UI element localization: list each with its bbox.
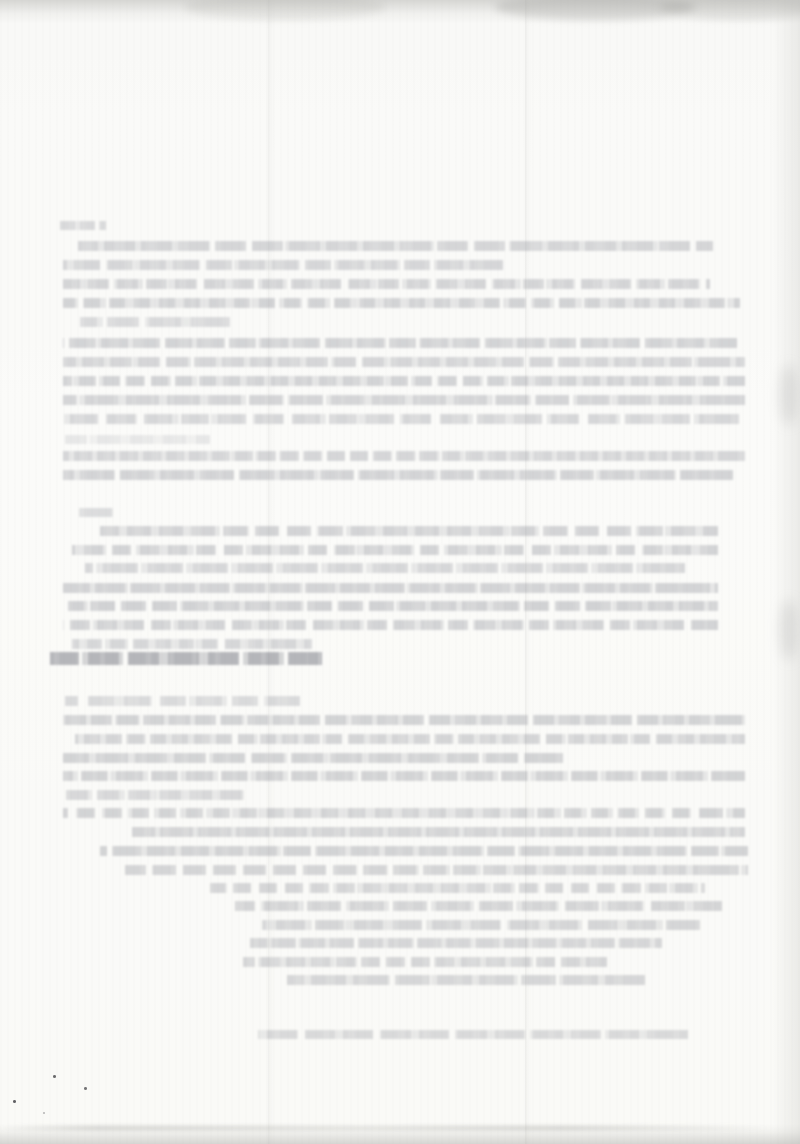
text-line [75, 734, 745, 744]
text-line [63, 620, 718, 630]
text-line [63, 414, 741, 424]
text-line [60, 221, 106, 230]
text-line [210, 883, 705, 893]
scanned-document-page [0, 0, 800, 1144]
text-line [63, 338, 737, 348]
ink-speck [13, 1100, 16, 1103]
text-line [63, 260, 503, 270]
text-line [100, 526, 718, 536]
text-line [250, 938, 662, 948]
text-line [77, 508, 117, 517]
text-line [262, 920, 700, 930]
text-line [243, 957, 607, 967]
text-line [65, 696, 300, 706]
text-line [72, 545, 718, 555]
text-line [63, 279, 710, 289]
ink-speck [43, 1112, 45, 1114]
text-line [72, 639, 312, 649]
text-line [63, 298, 740, 308]
text-line [63, 451, 745, 461]
text-line [287, 975, 645, 985]
text-line [68, 601, 718, 611]
right-edge-smudge [780, 600, 798, 660]
text-line [235, 901, 722, 911]
text-line [63, 715, 745, 725]
text-line [65, 435, 210, 444]
text-line [132, 827, 745, 837]
text-line [63, 376, 745, 386]
text-line [63, 808, 745, 818]
text-line [63, 753, 563, 763]
ink-speck [84, 1087, 87, 1090]
text-line [63, 771, 745, 781]
text-line [63, 357, 745, 367]
text-line [63, 790, 248, 800]
scan-edge-right [772, 0, 800, 1144]
text-line [125, 865, 748, 875]
text-line [63, 583, 718, 593]
heading-line [50, 652, 322, 665]
ink-speck [53, 1075, 56, 1078]
text-line [63, 395, 745, 405]
text-line [85, 563, 685, 573]
text-line [63, 470, 733, 480]
text-line [258, 1030, 688, 1039]
text-line [80, 317, 230, 327]
text-line [78, 241, 713, 251]
text-line [100, 846, 748, 856]
right-edge-smudge [780, 365, 798, 425]
bottom-scan-line [0, 1126, 800, 1130]
